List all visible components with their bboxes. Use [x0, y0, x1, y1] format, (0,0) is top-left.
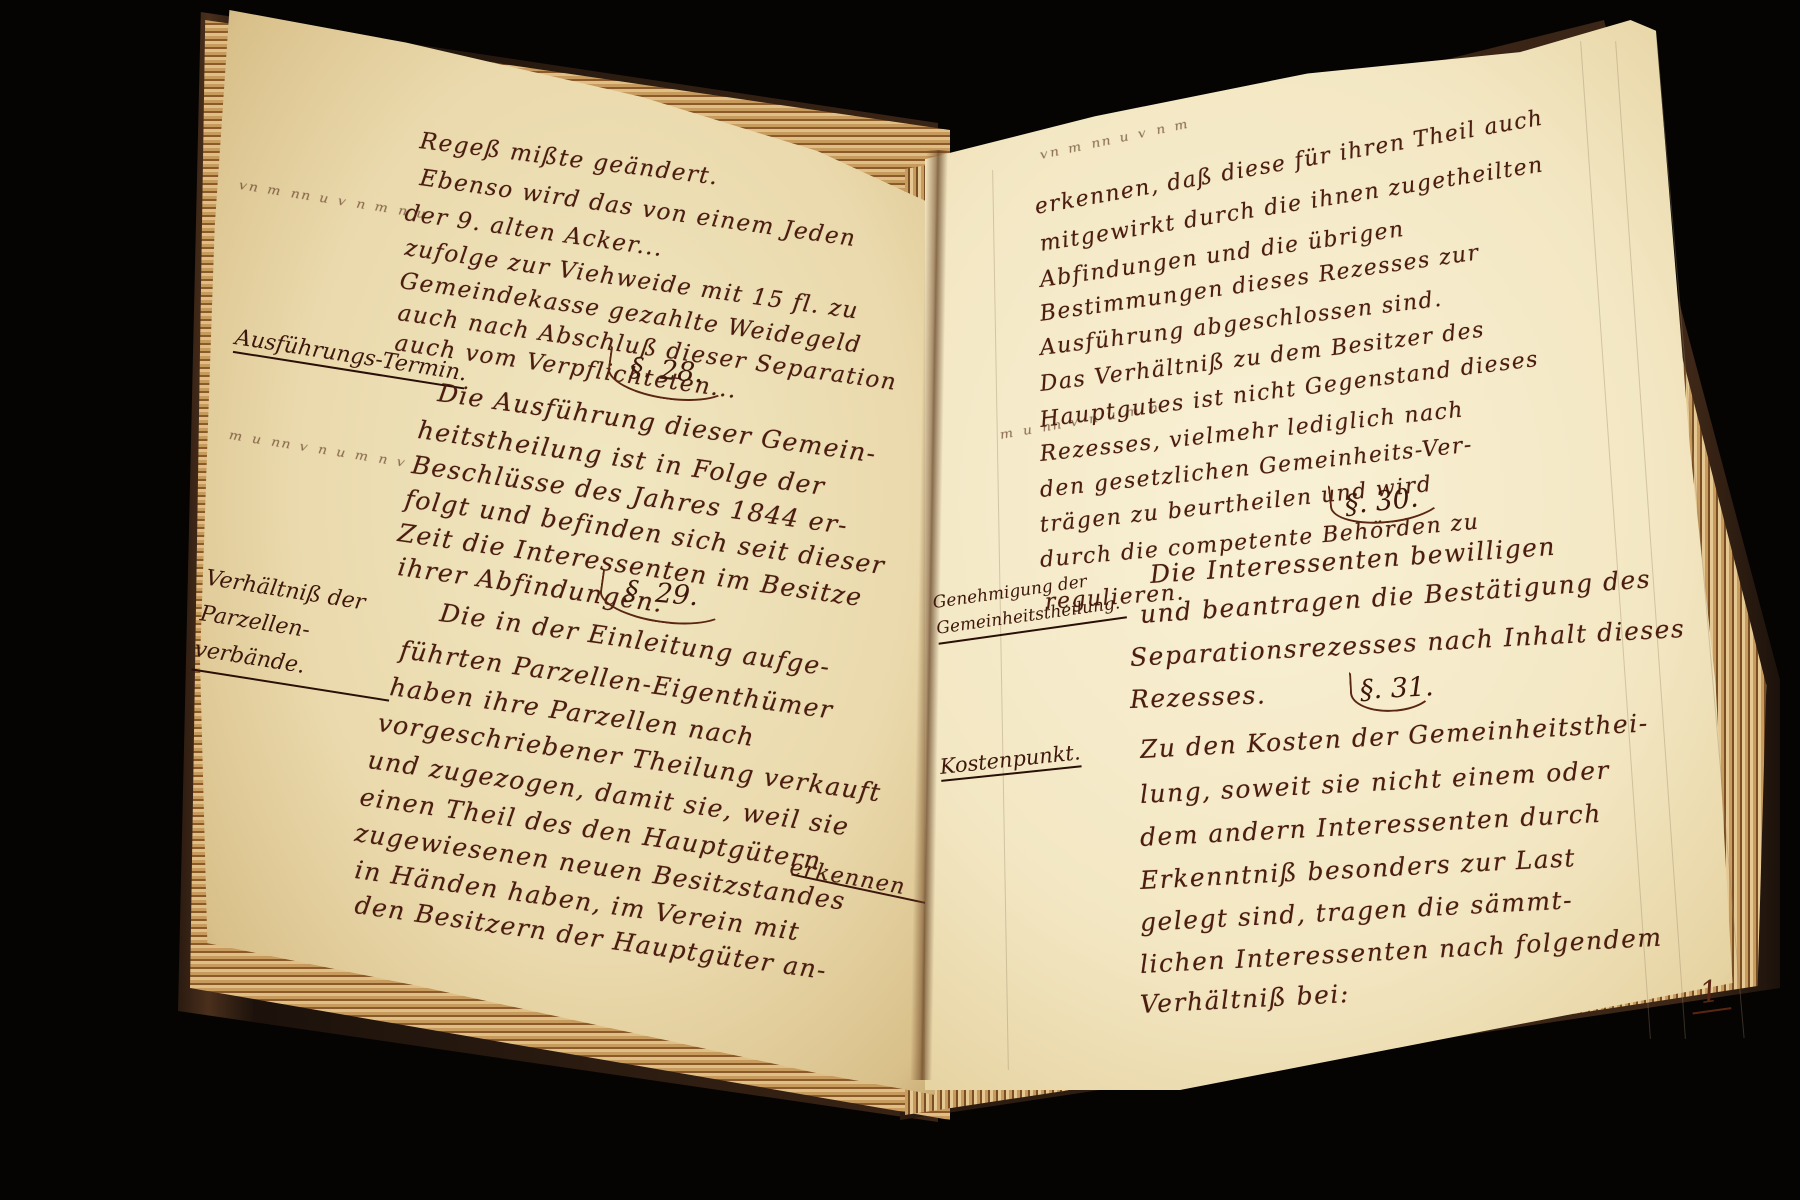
book-photo: ᵥₙ ₘ ₙₙ ᵤ ᵥ ₙ ₘ ₙ ᵤ ₘ ᵤ ₙₙ ᵥ ₙ ᵤ ₘ ₙ ᵥ R…: [0, 0, 1800, 1200]
page-number: 1: [1688, 972, 1732, 1014]
handwriting-line: Rezesses.: [1129, 680, 1266, 714]
